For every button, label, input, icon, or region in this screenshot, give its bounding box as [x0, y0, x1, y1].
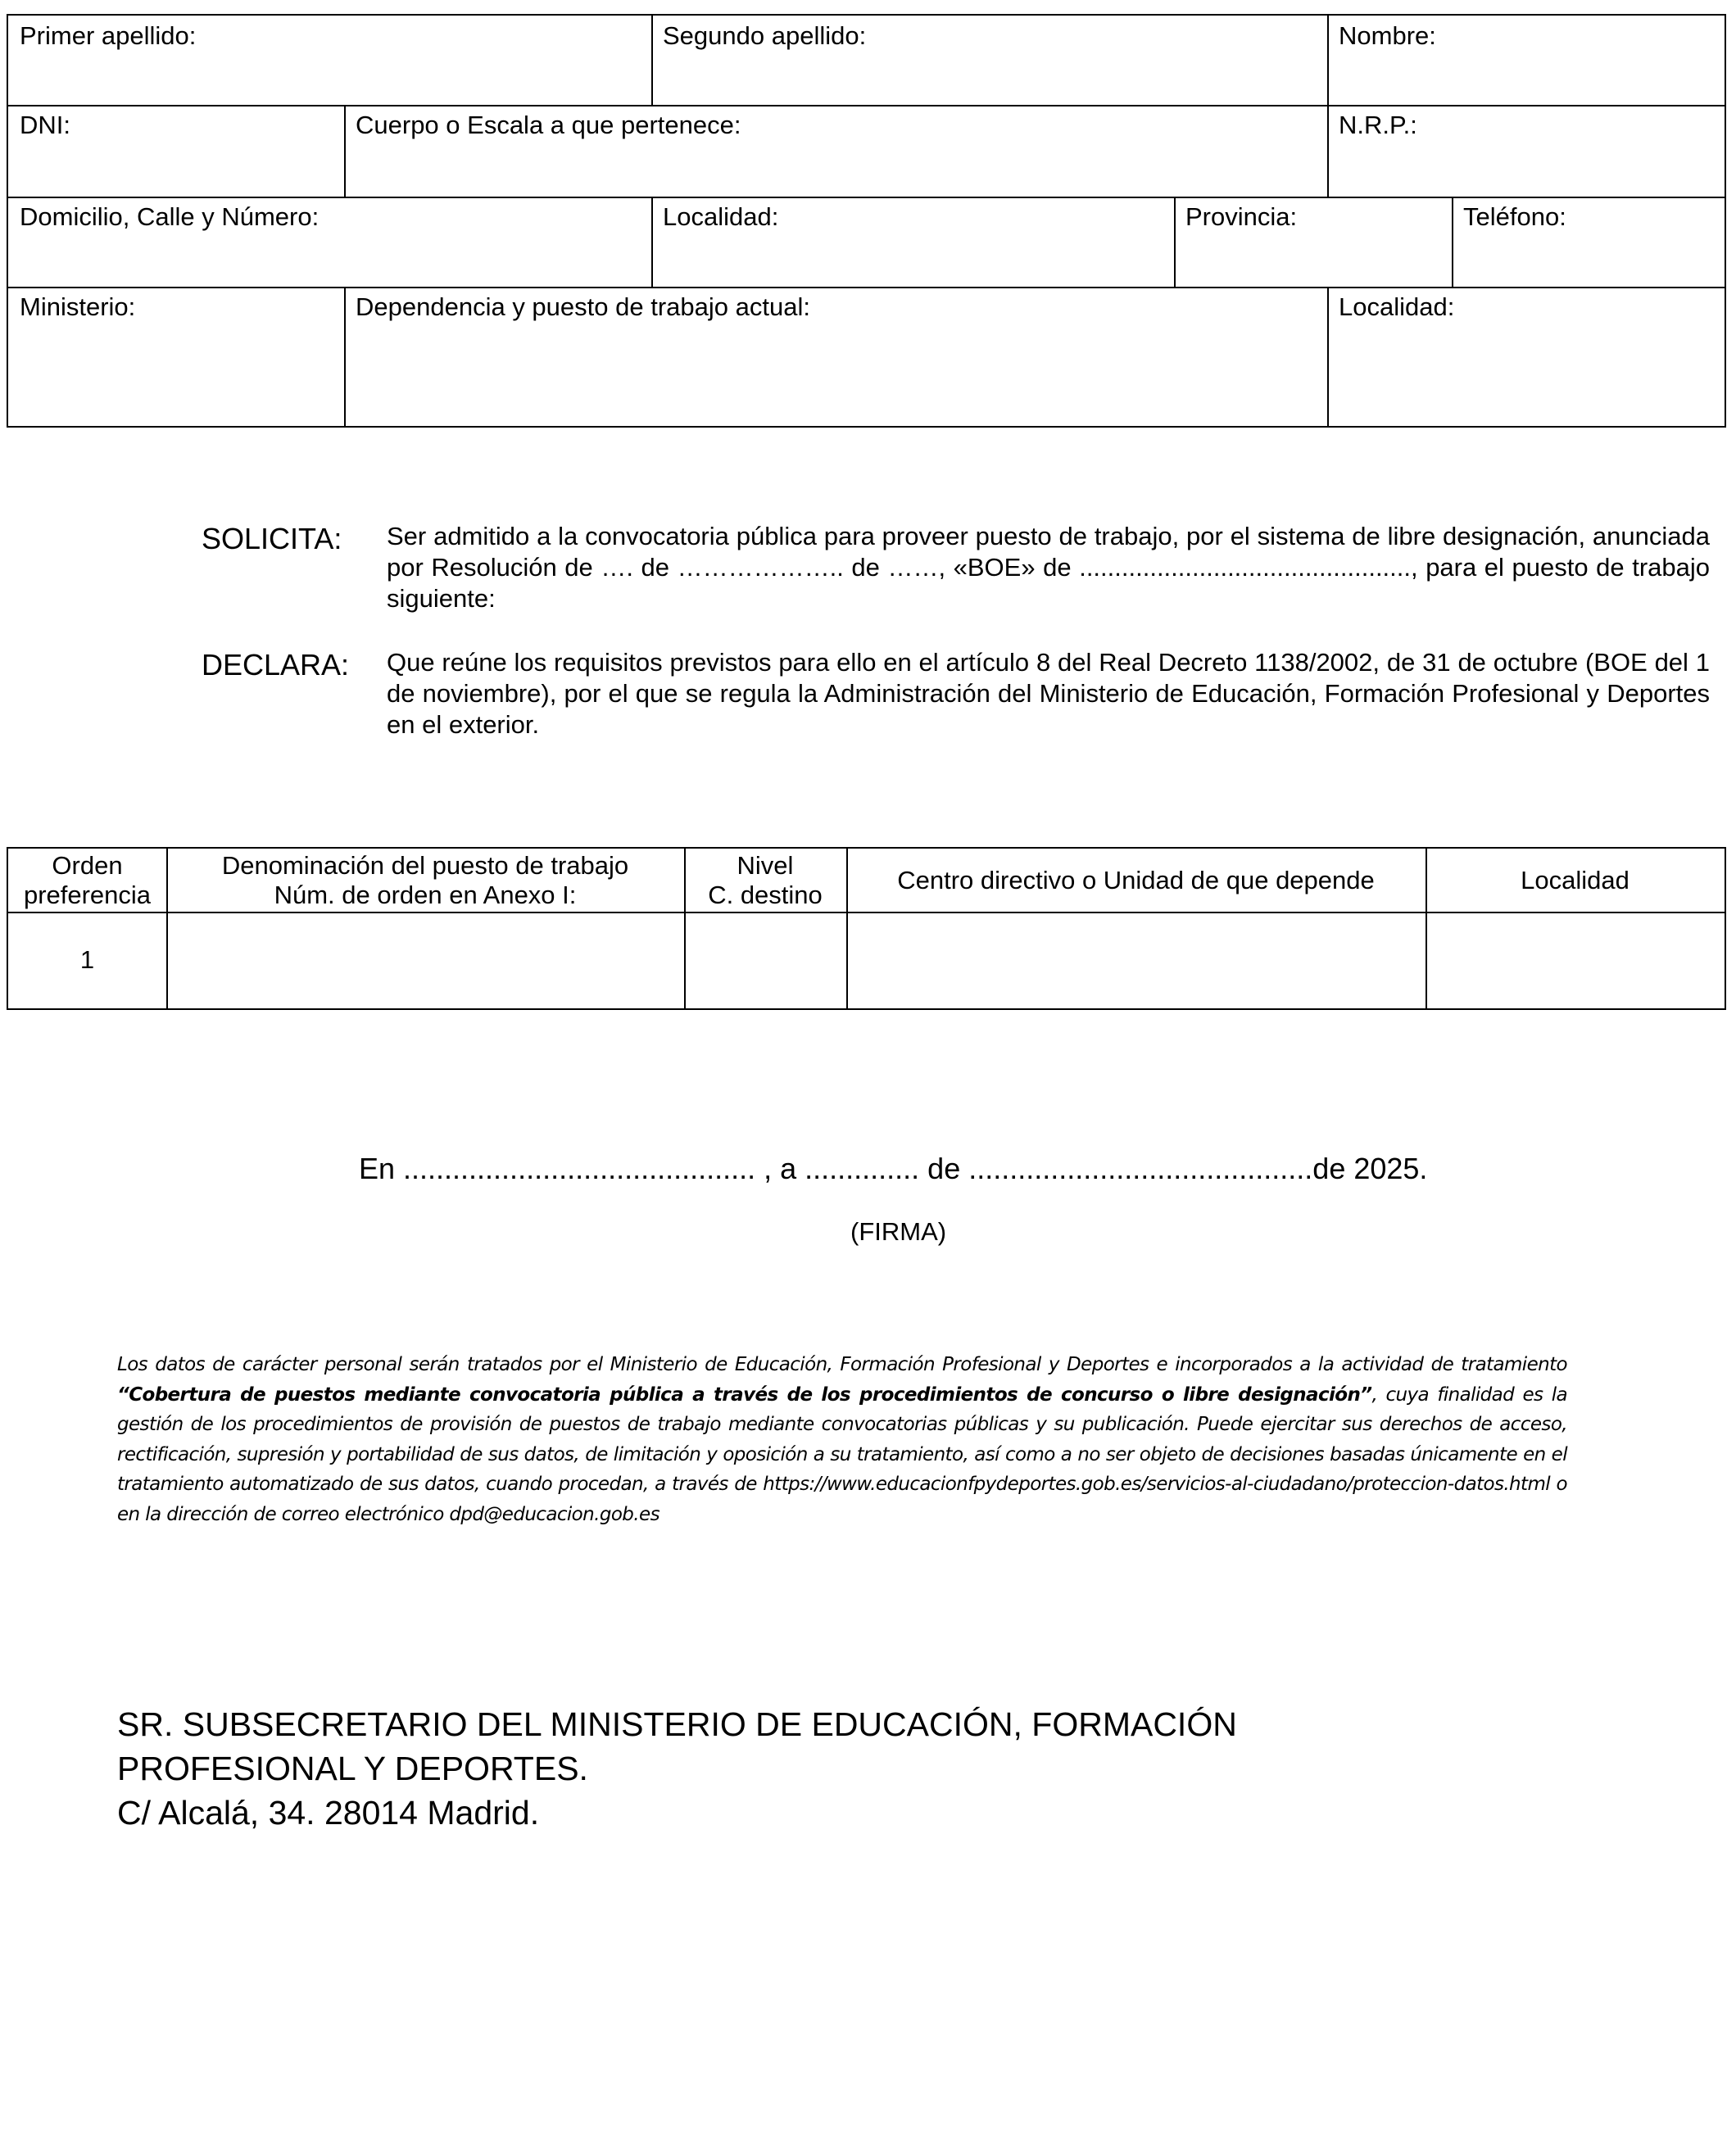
header-line: Núm. de orden en Anexo I: [274, 881, 577, 909]
localidad-field[interactable]: Localidad: [651, 197, 1176, 288]
header-centro-directivo: Centro directivo o Unidad de que depende [846, 847, 1427, 913]
localidad-actual-label: Localidad: [1339, 292, 1725, 322]
privacy-activity-name: “Cobertura de puestos mediante convocato… [117, 1384, 1371, 1406]
declara-label: DECLARA: [202, 648, 349, 682]
row-orden-cell: 1 [7, 912, 168, 1010]
primer-apellido-label: Primer apellido: [20, 20, 651, 51]
provincia-label: Provincia: [1185, 202, 1452, 232]
primer-apellido-field[interactable]: Primer apellido: [7, 14, 653, 106]
provincia-field[interactable]: Provincia: [1174, 197, 1453, 288]
header-orden-preferencia: Ordenpreferencia [7, 847, 168, 913]
addressee-line-1: SR. SUBSECRETARIO DEL MINISTERIO DE EDUC… [117, 1702, 1237, 1746]
firma-label: (FIRMA) [850, 1217, 946, 1247]
header-line: preferencia [24, 881, 151, 909]
row-nivel-cell[interactable] [684, 912, 848, 1010]
ministerio-field[interactable]: Ministerio: [7, 287, 346, 428]
localidad-actual-field[interactable]: Localidad: [1327, 287, 1726, 428]
addressee-line-2: PROFESIONAL Y DEPORTES. [117, 1746, 1237, 1791]
privacy-notice: Los datos de carácter personal serán tra… [117, 1350, 1567, 1529]
dni-label: DNI: [20, 110, 344, 140]
domicilio-label: Domicilio, Calle y Número: [20, 202, 651, 232]
header-nivel-destino: NivelC. destino [684, 847, 848, 913]
segundo-apellido-label: Segundo apellido: [663, 20, 1327, 51]
orden-value: 1 [80, 945, 94, 975]
privacy-text-part1: Los datos de carácter personal serán tra… [117, 1354, 1567, 1375]
date-place-line: En .....................................… [359, 1152, 1427, 1186]
domicilio-field[interactable]: Domicilio, Calle y Número: [7, 197, 653, 288]
nrp-label: N.R.P.: [1339, 110, 1725, 140]
dependencia-puesto-field[interactable]: Dependencia y puesto de trabajo actual: [344, 287, 1329, 428]
header-denominacion-puesto: Denominación del puesto de trabajoNúm. d… [166, 847, 686, 913]
telefono-field[interactable]: Teléfono: [1452, 197, 1726, 288]
localidad-label: Localidad: [663, 202, 1174, 232]
nrp-field[interactable]: N.R.P.: [1327, 105, 1726, 198]
segundo-apellido-field[interactable]: Segundo apellido: [651, 14, 1329, 106]
ministerio-label: Ministerio: [20, 292, 344, 322]
dni-field[interactable]: DNI: [7, 105, 346, 198]
declara-text: Que reúne los requisitos previstos para … [387, 647, 1710, 740]
nombre-field[interactable]: Nombre: [1327, 14, 1726, 106]
cuerpo-escala-field[interactable]: Cuerpo o Escala a que pertenece: [344, 105, 1329, 198]
header-line: Localidad [1521, 866, 1629, 895]
nombre-label: Nombre: [1339, 20, 1725, 51]
row-denominacion-cell[interactable] [166, 912, 686, 1010]
solicita-label: SOLICITA: [202, 522, 342, 556]
header-line: Nivel [737, 851, 794, 880]
addressee-line-3: C/ Alcalá, 34. 28014 Madrid. [117, 1791, 1237, 1835]
dependencia-puesto-label: Dependencia y puesto de trabajo actual: [356, 292, 1327, 322]
header-localidad: Localidad [1426, 847, 1726, 913]
header-line: Centro directivo o Unidad de que depende [897, 866, 1375, 895]
solicita-text: Ser admitido a la convocatoria pública p… [387, 521, 1710, 614]
header-line: Denominación del puesto de trabajo [222, 851, 628, 880]
header-line: Orden [52, 851, 122, 880]
row-centro-cell[interactable] [846, 912, 1427, 1010]
cuerpo-escala-label: Cuerpo o Escala a que pertenece: [356, 110, 1327, 140]
header-line: C. destino [708, 881, 823, 909]
row-localidad-cell[interactable] [1426, 912, 1726, 1010]
addressee-block: SR. SUBSECRETARIO DEL MINISTERIO DE EDUC… [117, 1702, 1237, 1835]
telefono-label: Teléfono: [1463, 202, 1725, 232]
